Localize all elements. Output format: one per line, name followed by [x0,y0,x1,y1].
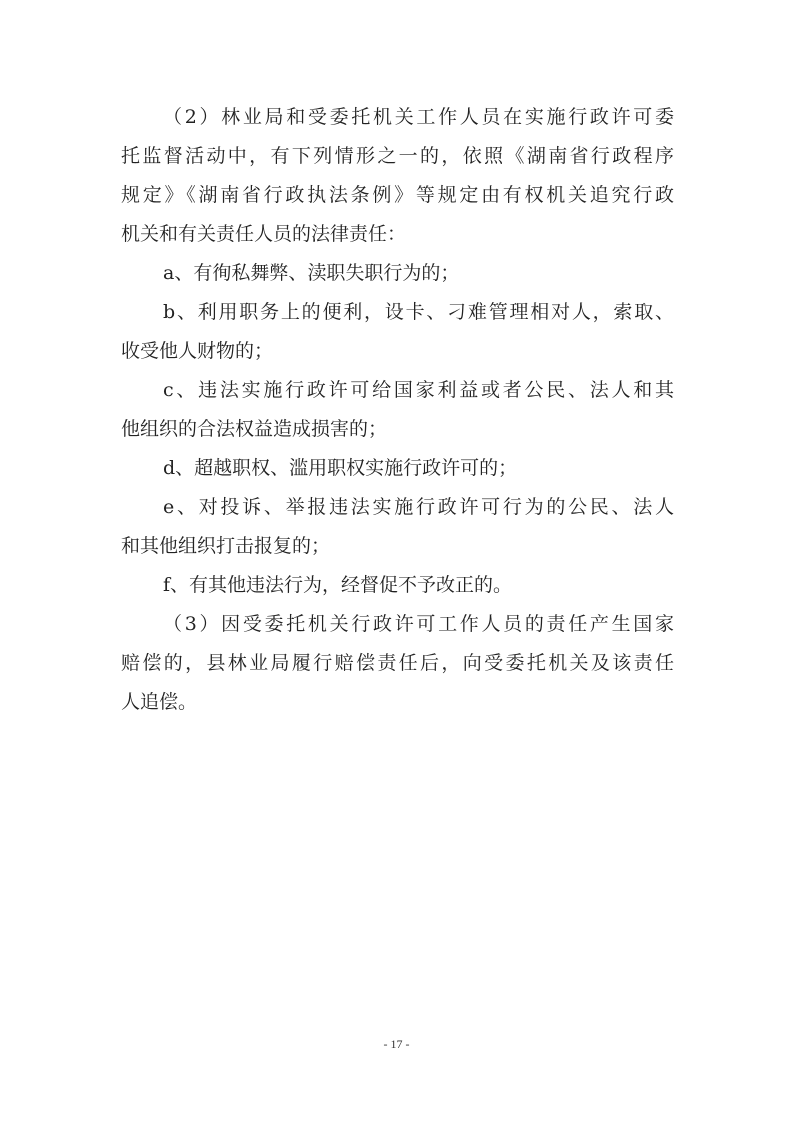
paragraph-3-line-3: 人追偿。 [121,687,674,717]
paragraph-2-line-2: 托监督活动中，有下列情形之一的，依照《湖南省行政程序 [121,141,674,171]
paragraph-2-line-3: 规定》《湖南省行政执法条例》等规定由有权机关追究行政 [121,180,674,210]
item-c-line-2: 他组织的合法权益造成损害的； [121,414,674,444]
paragraph-2-line-4: 机关和有关责任人员的法律责任： [121,219,674,249]
item-e-line-2: 和其他组织打击报复的； [121,531,674,561]
paragraph-3-line-2: 赔偿的，县林业局履行赔偿责任后，向受委托机关及该责任 [121,648,674,678]
item-c-line-1: c、违法实施行政许可给国家利益或者公民、法人和其 [163,375,674,405]
item-e-line-1: e、对投诉、举报违法实施行政许可行为的公民、法人 [163,492,674,522]
item-f: f、有其他违法行为，经督促不予改正的。 [163,570,674,600]
item-d: d、超越职权、滥用职权实施行政许可的； [163,453,674,483]
paragraph-3-line-1: （3）因受委托机关行政许可工作人员的责任产生国家 [163,609,674,639]
item-a: a、有徇私舞弊、渎职失职行为的； [163,258,674,288]
item-b-line-1: b、利用职务上的便利，设卡、刁难管理相对人，索取、 [163,297,674,327]
document-page: （2）林业局和受委托机关工作人员在实施行政许可委 托监督活动中，有下列情形之一的… [0,0,793,1122]
item-b-line-2: 收受他人财物的； [121,336,674,366]
page-number: - 17 - [0,1037,793,1052]
paragraph-2-line-1: （2）林业局和受委托机关工作人员在实施行政许可委 [163,102,674,132]
